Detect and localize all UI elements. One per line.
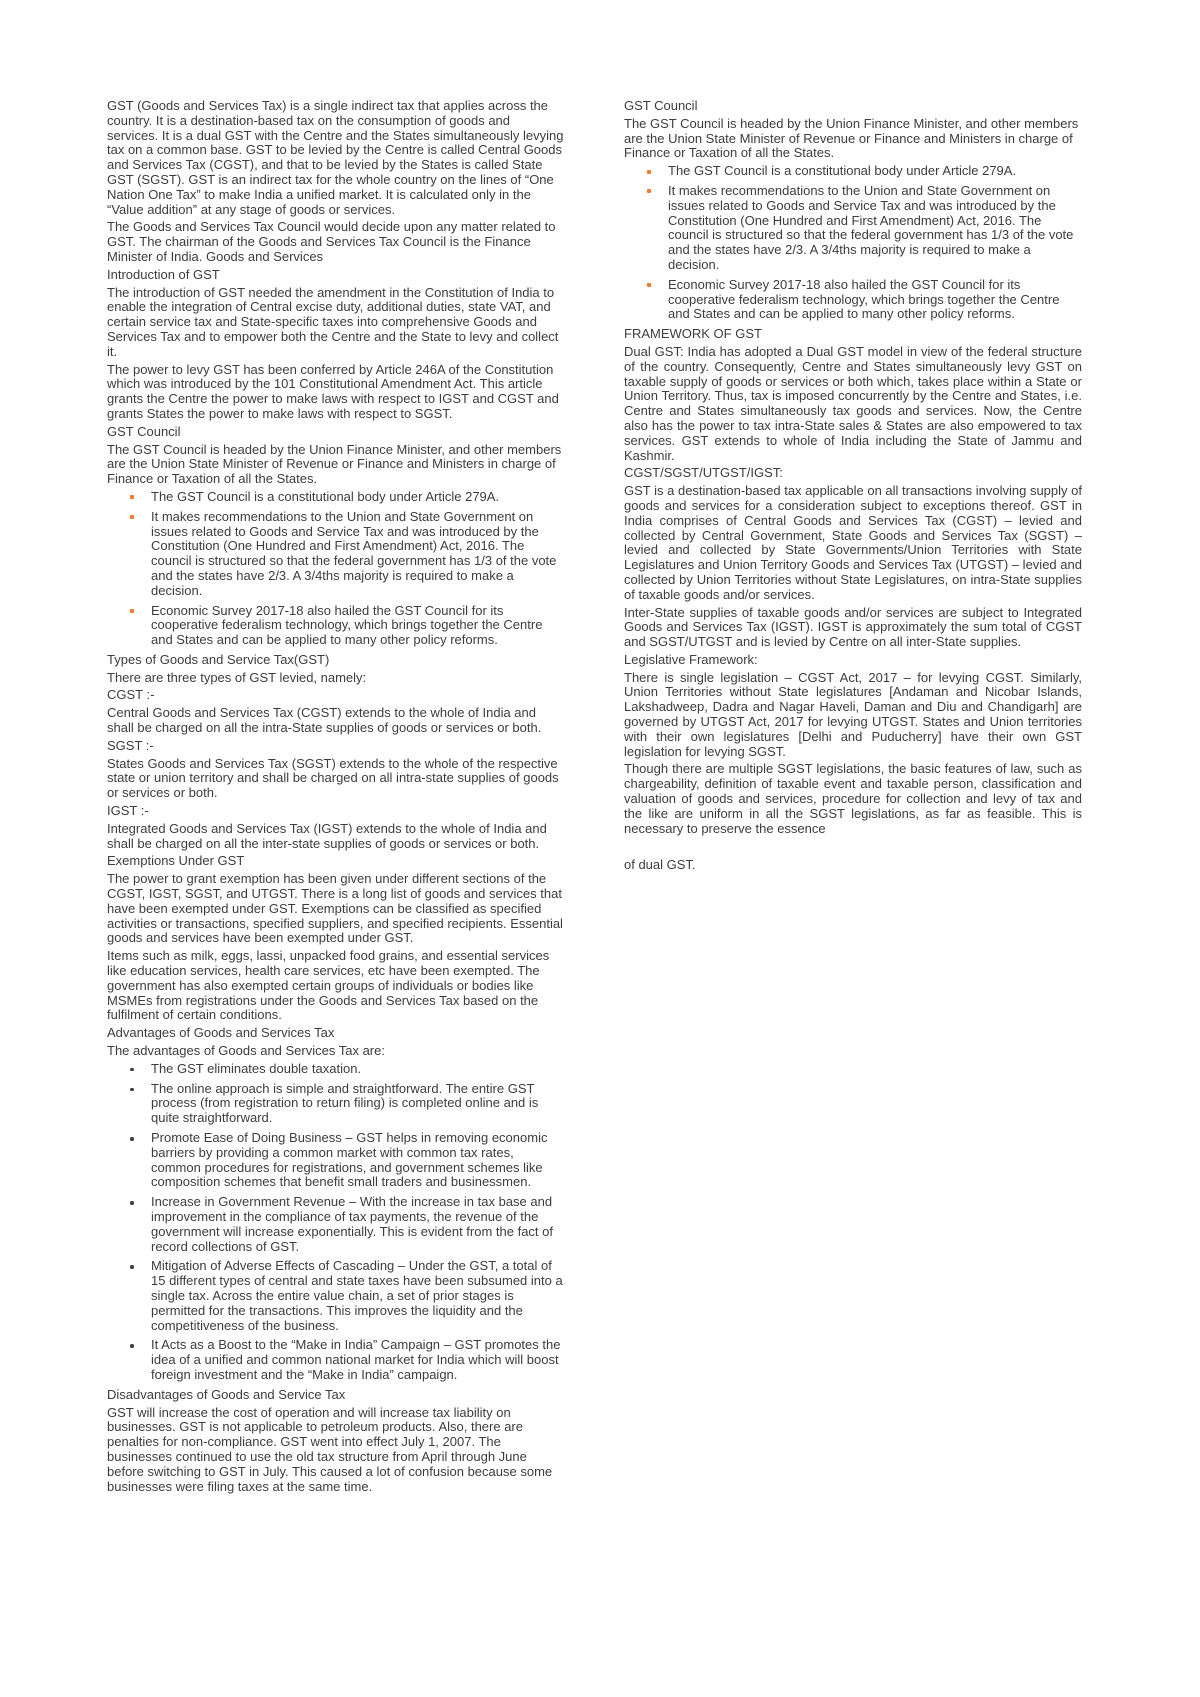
bullet-item: Promote Ease of Doing Business – GST hel…: [151, 1131, 564, 1190]
paragraph: The advantages of Goods and Services Tax…: [107, 1044, 564, 1059]
paragraph: GST is a destination-based tax applicabl…: [624, 484, 1082, 602]
bullet-item: It makes recommendations to the Union an…: [151, 510, 564, 599]
section-heading: GST Council: [107, 425, 564, 440]
paragraph: Integrated Goods and Services Tax (IGST)…: [107, 822, 564, 852]
section-heading: Introduction of GST: [107, 268, 564, 283]
bullet-item: It Acts as a Boost to the “Make in India…: [151, 1338, 564, 1382]
section-heading: GST Council: [624, 99, 1082, 114]
right-column: GST CouncilThe GST Council is headed by …: [624, 99, 1082, 876]
paragraph: Items such as milk, eggs, lassi, unpacke…: [107, 949, 564, 1023]
paragraph: Inter-State supplies of taxable goods an…: [624, 606, 1082, 650]
paragraph: There are three types of GST levied, nam…: [107, 671, 564, 686]
section-heading: SGST :-: [107, 739, 564, 754]
left-column: GST (Goods and Services Tax) is a single…: [107, 99, 564, 1497]
paragraph: Though there are multiple SGST legislati…: [624, 762, 1082, 836]
paragraph: The GST Council is headed by the Union F…: [107, 443, 564, 487]
paragraph: GST (Goods and Services Tax) is a single…: [107, 99, 564, 217]
section-heading: Exemptions Under GST: [107, 854, 564, 869]
bullet-item: The GST eliminates double taxation.: [151, 1062, 564, 1077]
bullet-item: Economic Survey 2017-18 also hailed the …: [668, 278, 1082, 322]
bullet-item: Economic Survey 2017-18 also hailed the …: [151, 604, 564, 648]
paragraph: The Goods and Services Tax Council would…: [107, 220, 564, 264]
paragraph: The power to levy GST has been conferred…: [107, 363, 564, 422]
bullet-item: The GST Council is a constitutional body…: [668, 164, 1082, 179]
paragraph: GST will increase the cost of operation …: [107, 1406, 564, 1495]
bullet-list: The GST eliminates double taxation.The o…: [107, 1062, 564, 1383]
bullet-list: The GST Council is a constitutional body…: [107, 490, 564, 648]
section-heading: Advantages of Goods and Services Tax: [107, 1026, 564, 1041]
bullet-item: The GST Council is a constitutional body…: [151, 490, 564, 505]
bullet-item: The online approach is simple and straig…: [151, 1082, 564, 1126]
bullet-item: It makes recommendations to the Union an…: [668, 184, 1082, 273]
bullet-item: Increase in Government Revenue – With th…: [151, 1195, 564, 1254]
paragraph: The introduction of GST needed the amend…: [107, 286, 564, 360]
bullet-item: Mitigation of Adverse Effects of Cascadi…: [151, 1259, 564, 1333]
section-heading: IGST :-: [107, 804, 564, 819]
section-heading: Legislative Framework:: [624, 653, 1082, 668]
paragraph: Dual GST: India has adopted a Dual GST m…: [624, 345, 1082, 463]
section-heading: CGST :-: [107, 688, 564, 703]
section-heading: FRAMEWORK OF GST: [624, 327, 1082, 342]
section-heading: CGST/SGST/UTGST/IGST:: [624, 466, 1082, 481]
section-heading: Types of Goods and Service Tax(GST): [107, 653, 564, 668]
paragraph: The GST Council is headed by the Union F…: [624, 117, 1082, 161]
paragraph: The power to grant exemption has been gi…: [107, 872, 564, 946]
bullet-list: The GST Council is a constitutional body…: [624, 164, 1082, 322]
paragraph: of dual GST.: [624, 858, 1082, 873]
section-heading: Disadvantages of Goods and Service Tax: [107, 1388, 564, 1403]
document-page: GST (Goods and Services Tax) is a single…: [0, 0, 1200, 1697]
paragraph: Central Goods and Services Tax (CGST) ex…: [107, 706, 564, 736]
paragraph: States Goods and Services Tax (SGST) ext…: [107, 757, 564, 801]
paragraph: There is single legislation – CGST Act, …: [624, 671, 1082, 760]
